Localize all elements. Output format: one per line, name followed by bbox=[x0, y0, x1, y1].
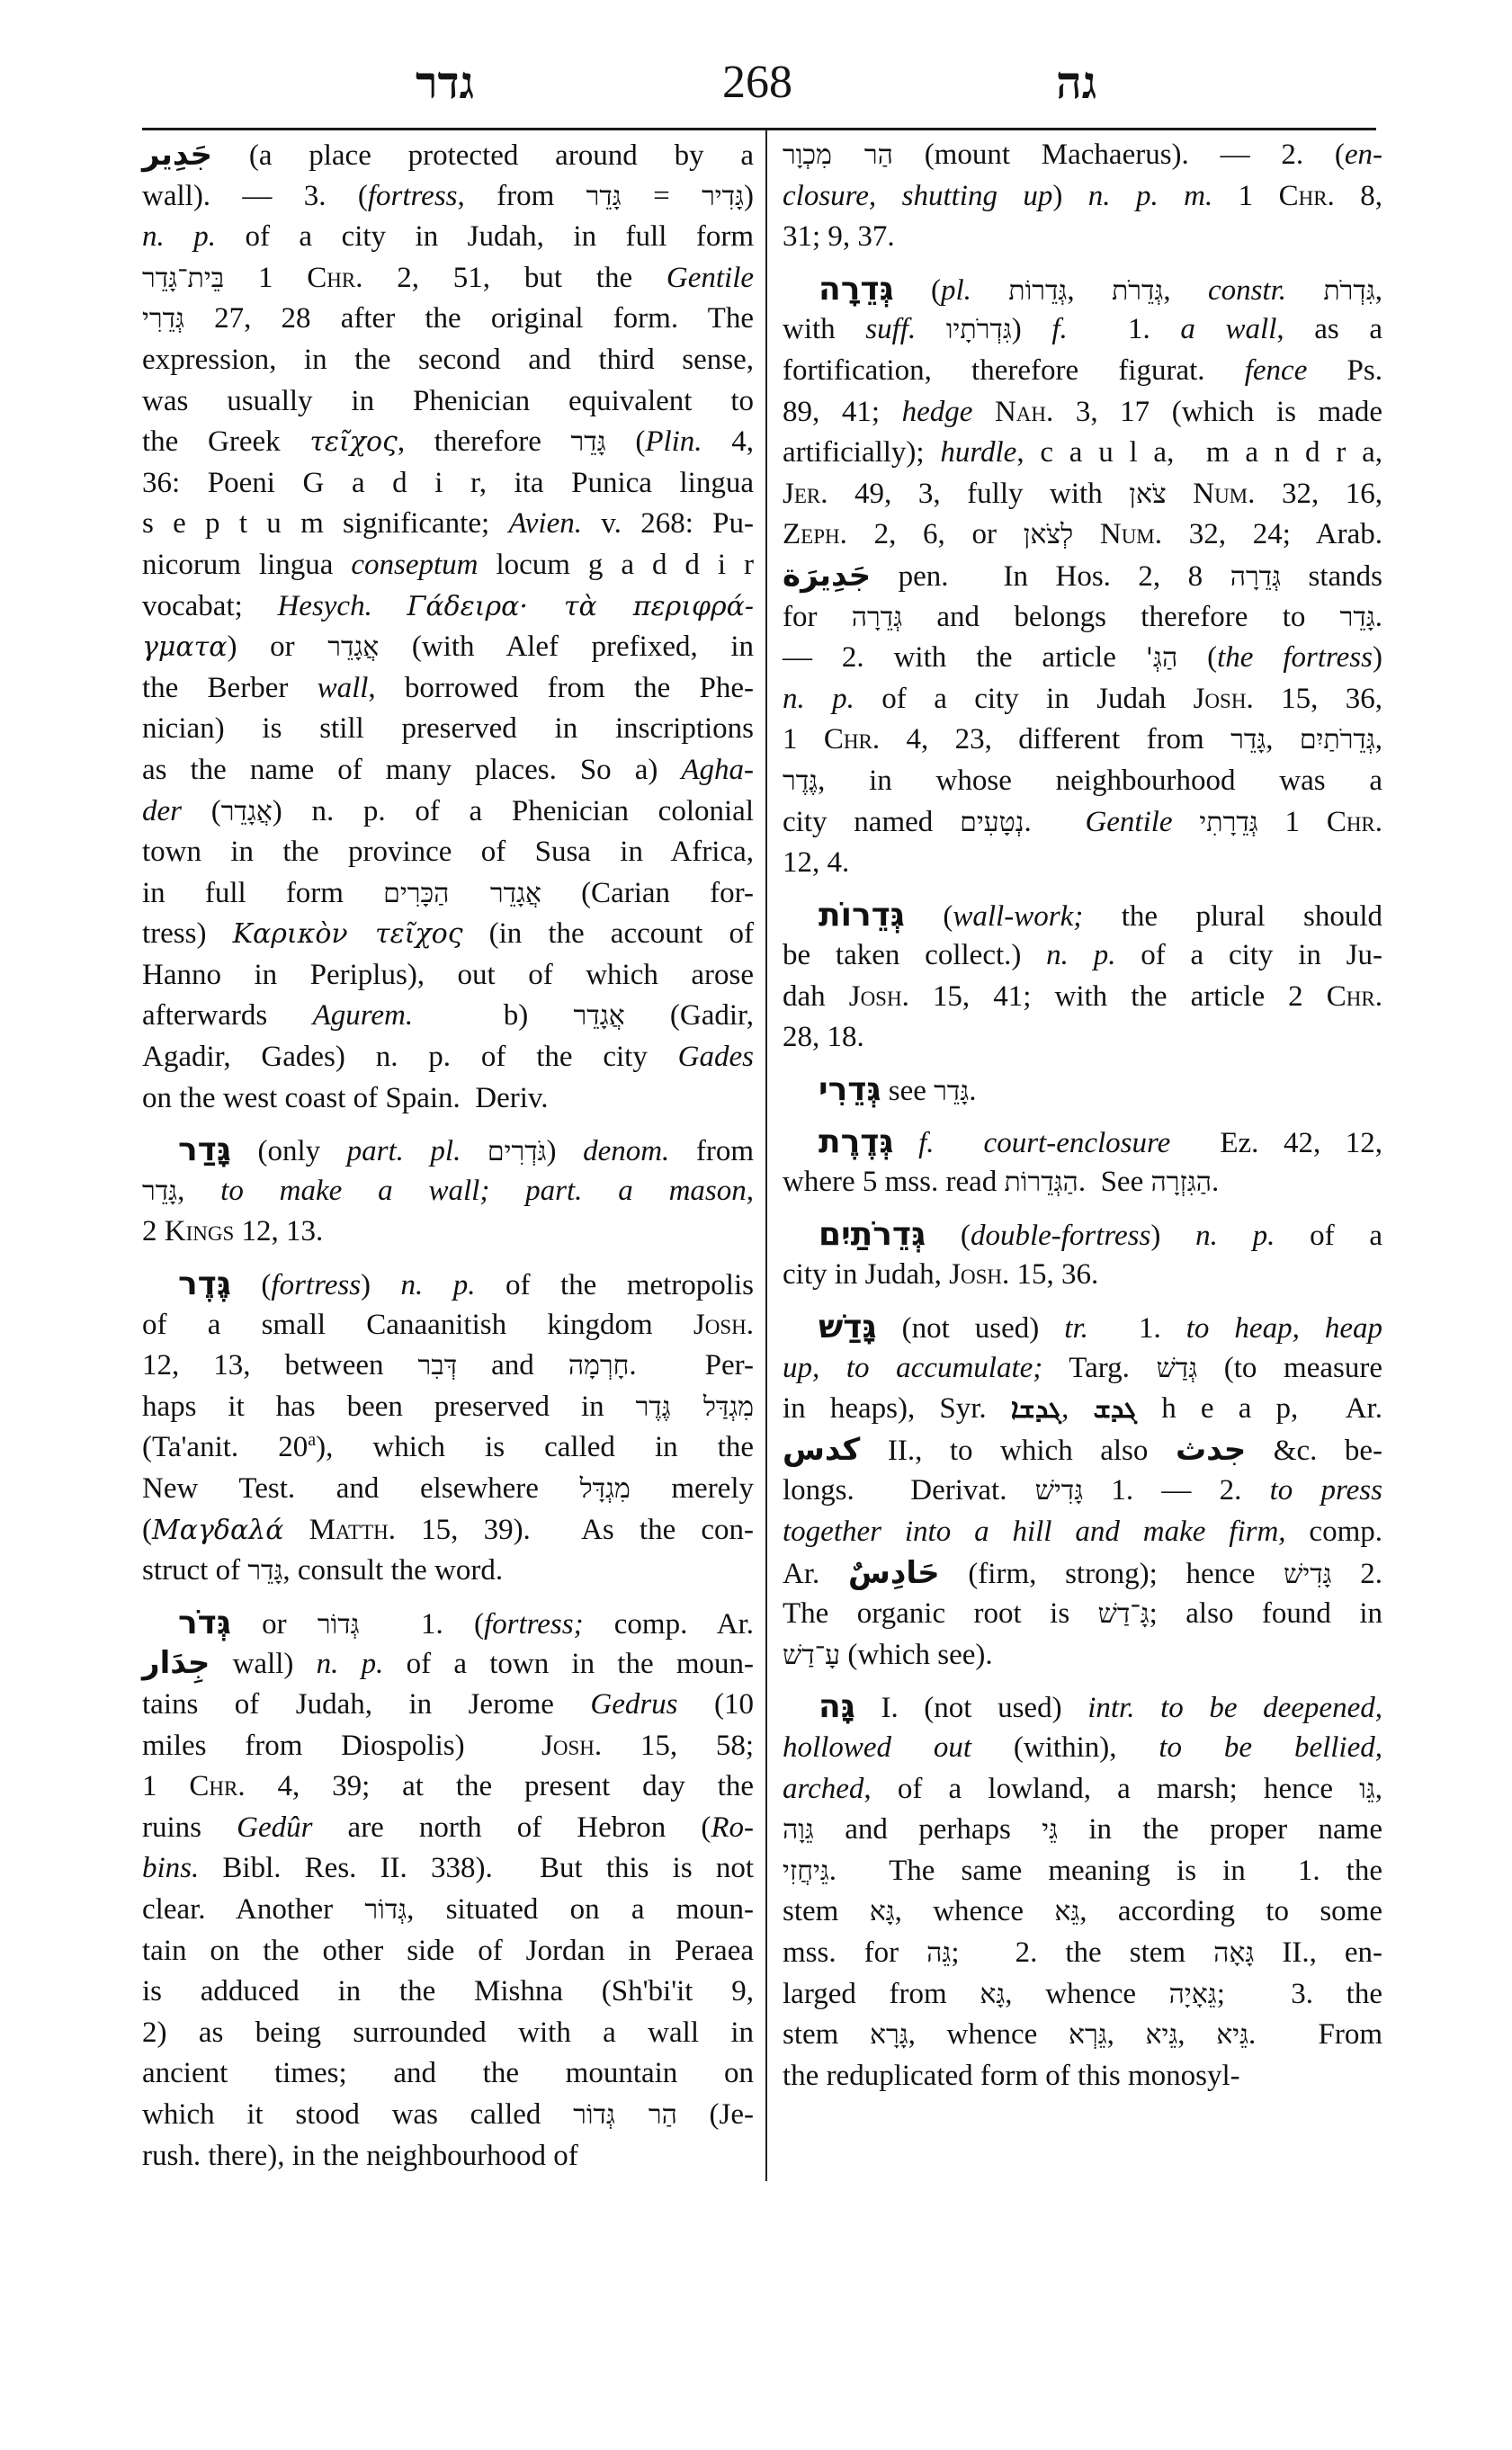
text-line: struct of גָּדֵר, consult the word. bbox=[142, 1551, 754, 1592]
italic-text: wall-work; bbox=[953, 900, 1083, 933]
text bbox=[1167, 478, 1194, 510]
text-line: n. p. of a city in Judah, in full form bbox=[142, 217, 754, 258]
hebrew-word: גָּא bbox=[870, 1896, 895, 1927]
italic-text: Hesych. bbox=[277, 590, 371, 622]
text: (Je- bbox=[677, 2098, 754, 2131]
text: in heaps), Syr. bbox=[783, 1392, 1011, 1425]
italic-text: n. p. bbox=[1046, 939, 1115, 971]
hebrew-word: גֵּוָה bbox=[783, 1814, 814, 1846]
text-line: 36: Poeni G a d i r, ita Punica lingua bbox=[142, 463, 754, 505]
text: locum g a d d i r bbox=[479, 549, 754, 581]
text-line: be taken collect.) n. p. of a city in Ju… bbox=[783, 935, 1382, 977]
text: 15, 36. bbox=[1009, 1258, 1098, 1291]
text: 1 bbox=[1258, 806, 1327, 838]
hebrew-headword: גָּדַר bbox=[178, 1131, 231, 1168]
italic-text: suff. bbox=[865, 313, 916, 345]
text: , situated on a moun- bbox=[407, 1893, 754, 1926]
text-line: expression, in the second and third sens… bbox=[142, 340, 754, 381]
text: struct of bbox=[142, 1554, 247, 1587]
text-line: stem גָּא, whence גֵּא, according to som… bbox=[783, 1891, 1382, 1933]
text: (Ta'anit. 20 bbox=[142, 1431, 308, 1463]
italic-text: n. p. m. bbox=[1088, 180, 1212, 212]
hebrew-word: אֲגָדֵר bbox=[574, 1000, 625, 1032]
italic-text: n. p. bbox=[401, 1269, 476, 1301]
text bbox=[1286, 274, 1323, 307]
text: 1 bbox=[142, 1770, 189, 1802]
hebrew-word: גָּא bbox=[980, 1979, 1005, 2010]
text-line: mss. for גֵּה; 2. the stem גָּאָה II., e… bbox=[783, 1933, 1382, 1974]
text: 2) as being surrounded with a wall in bbox=[142, 2016, 754, 2049]
dictionary-entry: גְּדֹר or גְּדוֹר 1. (fortress; comp. Ar… bbox=[142, 1603, 754, 2177]
text-line: the reduplicated form of this monosyl- bbox=[783, 2056, 1382, 2097]
italic-text: Gedrus bbox=[590, 1688, 677, 1721]
text: — 2. with the article bbox=[783, 641, 1146, 674]
text: stands bbox=[1281, 560, 1382, 593]
text: of a small Canaanitish kingdom bbox=[142, 1309, 693, 1341]
italic-text: Plin. bbox=[645, 425, 702, 458]
text-line: rush. there), in the neighbourhood of bbox=[142, 2136, 754, 2177]
text-line: ruins Gedûr are north of Hebron (Ro- bbox=[142, 1808, 754, 1849]
text-line: the Greek τεῖχος, therefore גָּדֵר (Plin… bbox=[142, 422, 754, 463]
hebrew-word: גָּדֵר bbox=[1230, 724, 1266, 756]
italic-text: part. pl. bbox=[347, 1135, 461, 1167]
text: ), which is called in the bbox=[316, 1431, 754, 1463]
hebrew-word: גֵּי bbox=[1042, 1814, 1058, 1846]
text: for bbox=[783, 601, 852, 633]
text: ) n. p. of a Phenician colonial bbox=[273, 795, 754, 827]
hebrew-word: מִגְדָּל bbox=[580, 1473, 631, 1505]
text bbox=[916, 313, 946, 345]
text: II., en- bbox=[1254, 1936, 1382, 1969]
arabic-word: حَادِسٌ bbox=[848, 1555, 940, 1591]
text-line: גְּדֹר or גְּדוֹר 1. (fortress; comp. Ar… bbox=[142, 1603, 754, 1644]
text-line: in heaps), Syr. ܓܕܫܐ, ܓܕܫ h e a p, Ar. bbox=[783, 1389, 1382, 1430]
text-line: Agadir, Gades) n. p. of the city Gades bbox=[142, 1037, 754, 1078]
italic-text: conseptum bbox=[351, 549, 478, 581]
italic-text: der bbox=[142, 795, 182, 827]
italic-text: double-fortress bbox=[971, 1220, 1150, 1252]
dictionary-entry: גְּדֵרֹתַיִם (double-fortress) n. p. of … bbox=[783, 1214, 1382, 1296]
small-caps-reference: Josh. bbox=[541, 1730, 602, 1762]
text: tains of Judah, in Jerome bbox=[142, 1688, 590, 1721]
text: the Berber bbox=[142, 672, 318, 704]
text-line: is adduced in the Mishna (Sh'bi'it 9, bbox=[142, 1972, 754, 2013]
hebrew-word: נְטָעִים bbox=[960, 807, 1024, 838]
hebrew-word: גְּדֵרִי bbox=[142, 303, 184, 335]
text: dah bbox=[783, 980, 849, 1013]
italic-text: Agurem. bbox=[313, 999, 414, 1032]
text: , bbox=[1163, 274, 1208, 307]
hebrew-word: גִּדְרֹתָיו bbox=[946, 314, 1012, 345]
text: . bbox=[1375, 601, 1382, 633]
italic-text: Gades bbox=[678, 1041, 754, 1073]
text-line: גָּדַשׁ (not used) tr. 1. to heap, heap bbox=[783, 1307, 1382, 1348]
text: expression, in the second and third sens… bbox=[142, 344, 754, 376]
text: 36: Poeni G a d i r, ita Punica lingua bbox=[142, 467, 754, 499]
italic-text: to press bbox=[1270, 1474, 1382, 1507]
text: 15, 58; bbox=[602, 1730, 754, 1762]
small-caps-reference: Jer. bbox=[783, 478, 828, 510]
italic-text: n. p. bbox=[317, 1648, 384, 1680]
small-caps-reference: Josh. bbox=[1194, 683, 1254, 715]
italic-text: f. court-enclosure bbox=[918, 1127, 1170, 1159]
text: (which see). bbox=[840, 1639, 993, 1671]
text-line: גֵּיחֲזִי. The same meaning is in 1. the bbox=[783, 1851, 1382, 1892]
hebrew-word: גָּאָה bbox=[1213, 1937, 1254, 1969]
hebrew-word: גָּדֵר bbox=[934, 1076, 969, 1107]
hebrew-word: גִּדְרֹת bbox=[1323, 275, 1374, 307]
text-line: جَدِير (a place protected around by a bbox=[142, 135, 754, 176]
text-line: γματα) or אֲגָדֵר (with Alef prefixed, i… bbox=[142, 627, 754, 668]
italic-text: n. p. bbox=[783, 683, 854, 715]
italic-text: fence bbox=[1245, 354, 1308, 387]
text: 2, 6, or bbox=[847, 518, 1024, 550]
hebrew-word: גֵּו bbox=[1359, 1774, 1375, 1805]
text-line: of a small Canaanitish kingdom Josh. bbox=[142, 1305, 754, 1346]
dictionary-entry: جَدِير (a place protected around by awal… bbox=[142, 135, 754, 1119]
text: 12, 4. bbox=[783, 846, 849, 879]
hebrew-word: גֵּא bbox=[1054, 1896, 1079, 1927]
text: 1. ( bbox=[360, 1608, 484, 1641]
arabic-word: جَدِير bbox=[142, 137, 212, 173]
hebrew-word: אֲגָדֵר bbox=[327, 631, 379, 663]
italic-text: intr. to be deepened, bbox=[1087, 1692, 1382, 1724]
text-line: 2 Kings 12, 13. bbox=[142, 1212, 754, 1253]
greek-word: Μαγδαλά bbox=[152, 1515, 284, 1546]
text: in the proper name bbox=[1058, 1813, 1382, 1846]
small-caps-reference: Chr. bbox=[1327, 806, 1382, 838]
text-line: 89, 41; hedge Nah. 3, 17 (which is made bbox=[783, 392, 1382, 434]
dictionary-entry: הַר מִכְוָר (mount Machaerus). — 2. (en-… bbox=[783, 135, 1382, 258]
hebrew-word: גְּדוֹר bbox=[364, 1894, 407, 1926]
text: (mount Machaerus). — 2. ( bbox=[893, 139, 1345, 171]
italic-text: tr. bbox=[1064, 1312, 1088, 1345]
text: 1 bbox=[783, 723, 824, 756]
text: (only bbox=[231, 1135, 347, 1167]
hebrew-word: גָּדֵר bbox=[571, 426, 606, 458]
text: , bbox=[1375, 723, 1382, 756]
text: (Gadir, bbox=[625, 999, 754, 1032]
hebrew-word: אֲגָדֵר bbox=[221, 796, 273, 827]
text: ( bbox=[606, 425, 646, 458]
text: 4, 23, different from bbox=[880, 723, 1230, 756]
small-caps-reference: Chr. bbox=[824, 723, 880, 756]
text: I. (not used) bbox=[855, 1692, 1087, 1724]
text-line: 12, 4. bbox=[783, 843, 1382, 884]
italic-text: fortress bbox=[368, 180, 458, 212]
text-line: tress) Καρικὸν τεῖχος (in the account of bbox=[142, 914, 754, 955]
text-line: 1 Chr. 4, 39; at the present day the bbox=[142, 1766, 754, 1808]
text-line: עָ־דַשׁ (which see). bbox=[783, 1635, 1382, 1677]
text: 89, 41; bbox=[783, 396, 902, 428]
text: 4, bbox=[702, 425, 754, 458]
dictionary-entry: גְּדֶרֶת f. court-enclosure Ez. 42, 12,w… bbox=[783, 1122, 1382, 1203]
text: the Greek bbox=[142, 425, 309, 458]
text bbox=[971, 274, 1008, 307]
text: Hanno in Periplus), out of which arose bbox=[142, 959, 754, 991]
italic-text: closure, shutting up bbox=[783, 180, 1052, 212]
italic-text: arched bbox=[783, 1773, 863, 1805]
text-line: closure, shutting up) n. p. m. 1 Chr. 8, bbox=[783, 176, 1382, 218]
text: 1. bbox=[1088, 1312, 1186, 1345]
italic-text: to heap, heap bbox=[1186, 1312, 1382, 1345]
text: (in the account of bbox=[463, 917, 754, 950]
text: (firm, strong); hence bbox=[940, 1558, 1284, 1590]
text: is adduced in the Mishna (Sh'bi'it 9, bbox=[142, 1975, 754, 2007]
text: stem bbox=[783, 2018, 870, 2051]
hebrew-headword: גֶּדֶר bbox=[178, 1265, 231, 1302]
italic-text: the fortress bbox=[1217, 641, 1373, 674]
text: longs. Derivat. bbox=[783, 1474, 1035, 1507]
syriac-word: ܓܕܫ bbox=[1093, 1393, 1137, 1425]
text-line: גְּדֶרֶת f. court-enclosure Ez. 42, 12, bbox=[783, 1122, 1382, 1163]
text: city named bbox=[783, 806, 960, 838]
text-line: גְּדֵרֹתַיִם (double-fortress) n. p. of … bbox=[783, 1214, 1382, 1256]
italic-text: n. p. bbox=[142, 220, 216, 253]
text-line: s e p t u m significante; Avien. v. 268:… bbox=[142, 504, 754, 545]
text-line: גָּדֵר, to make a wall; part. a mason, bbox=[142, 1171, 754, 1212]
text-line: on the west coast of Spain. Deriv. bbox=[142, 1078, 754, 1120]
hebrew-word: גָּדֵר bbox=[247, 1555, 282, 1587]
text: . See bbox=[1078, 1166, 1151, 1198]
text-line: גְּדֵרִי see גָּדֵר. bbox=[783, 1069, 1382, 1111]
dictionary-entry: גְּדֵרָה (pl. גְּדֵרוֹת, גְּדֵרֹת, const… bbox=[783, 269, 1382, 884]
small-caps-reference: Zeph. bbox=[783, 518, 847, 550]
hebrew-headword: גְּדֵרִי bbox=[819, 1071, 881, 1108]
text: , bbox=[177, 1175, 220, 1207]
italic-text: f. bbox=[1051, 313, 1067, 345]
text-line: הַר מִכְוָר (mount Machaerus). — 2. (en- bbox=[783, 135, 1382, 176]
text-line: where 5 mss. read הַגְּדֵרוֹת. See הַגִּ… bbox=[783, 1162, 1382, 1203]
text: the plural should bbox=[1083, 900, 1382, 933]
text-line: — 2. with the article הַגְּ' (the fortre… bbox=[783, 638, 1382, 679]
text: , of a lowland, a marsh; hence bbox=[863, 1773, 1359, 1805]
dictionary-entry: גֶּדֶר (fortress) n. p. of the metropoli… bbox=[142, 1264, 754, 1592]
text-line: كدس II., to which also جدث &c. be- bbox=[783, 1430, 1382, 1471]
text: , bbox=[1375, 1773, 1382, 1805]
text: (Carian for- bbox=[541, 877, 754, 909]
hebrew-headword: גְּדֵרָה bbox=[819, 271, 894, 308]
text: Bibl. Res. II. 338). But this is not bbox=[199, 1852, 754, 1884]
text: New Test. and elsewhere bbox=[142, 1472, 580, 1505]
text-line: city in Judah, Josh. 15, 36. bbox=[783, 1255, 1382, 1296]
small-caps-reference: Matth. bbox=[309, 1514, 396, 1546]
italic-text: wall bbox=[318, 672, 369, 704]
text: and perhaps bbox=[814, 1813, 1042, 1846]
hebrew-word: גָּדֵר bbox=[586, 181, 622, 212]
text: ) bbox=[1012, 313, 1052, 345]
text-line: 28, 18. bbox=[783, 1017, 1382, 1059]
arabic-word: كدس bbox=[783, 1432, 860, 1468]
text: 8, bbox=[1335, 180, 1382, 212]
hebrew-word: הַר מִכְוָר bbox=[783, 139, 893, 171]
hebrew-word: גֵּיחֲזִי bbox=[783, 1855, 829, 1887]
text: from bbox=[669, 1135, 754, 1167]
hebrew-word: גְּדֵרָה bbox=[852, 602, 902, 633]
text-line: جِدَار wall) n. p. of a town in the moun… bbox=[142, 1643, 754, 1685]
text: with bbox=[783, 313, 865, 345]
hebrew-word: גְּדֵרָתִי bbox=[1199, 807, 1257, 838]
hebrew-headword: גָּה bbox=[819, 1688, 855, 1725]
text: of the metropolis bbox=[476, 1269, 754, 1301]
hebrew-word: גְּדֵרוֹת bbox=[1008, 275, 1067, 307]
text: , consult the word. bbox=[282, 1554, 503, 1587]
text: , whence bbox=[1005, 1978, 1168, 2010]
hebrew-headword: גְּדֵרוֹת bbox=[819, 897, 905, 934]
italic-text: up, to accumulate; bbox=[783, 1352, 1042, 1384]
text bbox=[1173, 806, 1200, 838]
text: b) bbox=[413, 999, 573, 1032]
text: Ez. 42, 12, bbox=[1170, 1127, 1382, 1159]
text: of a city in Judah, in full form bbox=[216, 220, 754, 253]
text-line: tains of Judah, in Jerome Gedrus (10 bbox=[142, 1685, 754, 1726]
text: 12, 13, between bbox=[142, 1349, 418, 1381]
italic-text: to make a wall; part. a mason, bbox=[220, 1175, 754, 1207]
text: as the name of many places. So a) bbox=[142, 754, 681, 786]
text: , borrowed from the Phe- bbox=[368, 672, 754, 704]
text: 3, 17 (which is made bbox=[1053, 396, 1382, 428]
text-line: town in the province of Susa in Africa, bbox=[142, 832, 754, 873]
text: nician) is still preserved in inscriptio… bbox=[142, 712, 754, 745]
hebrew-word: גְּדֵרֹת bbox=[1112, 275, 1163, 307]
text-line: wall). — 3. (fortress, from גָּדֵר = גָּ… bbox=[142, 176, 754, 218]
text-line: Ar. حَادِسٌ (firm, strong); hence גָּדִי… bbox=[783, 1553, 1382, 1595]
text: which it stood was called bbox=[142, 2098, 573, 2131]
text: tress) bbox=[142, 917, 233, 950]
running-head-left: גדר bbox=[416, 56, 474, 110]
italic-text: Gentile bbox=[1085, 806, 1172, 838]
text bbox=[894, 1127, 919, 1159]
text: rush. there), in the neighbourhood of bbox=[142, 2140, 578, 2172]
text: or bbox=[231, 1608, 318, 1641]
hebrew-word: גֵּיא bbox=[1216, 2019, 1248, 2051]
text: , from bbox=[458, 180, 586, 212]
text-line: 1 Chr. 4, 23, different from גָּדֵר, גְּ… bbox=[783, 720, 1382, 761]
text: , bbox=[1266, 723, 1300, 756]
text-line: the Berber wall, borrowed from the Phe- bbox=[142, 668, 754, 710]
hebrew-word: בֵּית־גָּדֵר bbox=[142, 263, 224, 294]
text: 2, 51, but the bbox=[362, 262, 666, 294]
hebrew-headword: גְּדֵרֹתַיִם bbox=[819, 1216, 926, 1253]
dictionary-entry: גְּדֵרוֹת (wall-work; the plural shouldb… bbox=[783, 895, 1382, 1059]
small-caps-reference: Chr. bbox=[1327, 980, 1382, 1013]
hebrew-word: גְּדוֹר bbox=[318, 1609, 360, 1641]
text: 15, 39). As the con- bbox=[396, 1514, 754, 1546]
text: . bbox=[1212, 1166, 1219, 1198]
text: , therefore bbox=[398, 425, 571, 458]
text: ruins bbox=[142, 1811, 237, 1844]
text-line: גָּדַר (only part. pl. גֹּדְרִים) denom.… bbox=[142, 1130, 754, 1171]
text: (to measure bbox=[1197, 1352, 1382, 1384]
text: (not used) bbox=[877, 1312, 1065, 1345]
text: (with Alef prefixed, in bbox=[379, 630, 754, 663]
text: fortification, therefore figurat. bbox=[783, 354, 1245, 387]
text: nicorum lingua bbox=[142, 549, 351, 581]
italic-text: fortress bbox=[271, 1269, 361, 1301]
greek-word: τεῖχος bbox=[309, 426, 398, 458]
text-line: tain on the other side of Jordan in Pera… bbox=[142, 1931, 754, 1972]
text: Targ. bbox=[1042, 1352, 1156, 1384]
greek-word: Καρικὸν τεῖχος bbox=[233, 918, 463, 950]
hebrew-word: גֶּדֶר bbox=[783, 765, 818, 797]
italic-text: pl. bbox=[941, 274, 971, 307]
text: haps it has been preserved in bbox=[142, 1390, 636, 1423]
text bbox=[1073, 518, 1100, 550]
arabic-word: جِدَار bbox=[142, 1645, 210, 1681]
text: Ps. bbox=[1307, 354, 1382, 387]
text: The organic root is bbox=[783, 1597, 1098, 1630]
text: ancient times; and the mountain on bbox=[142, 2057, 754, 2089]
text: Ar. bbox=[783, 1558, 848, 1590]
text: v. 268: Pu- bbox=[582, 507, 754, 540]
text-line: Jer. 49, 3, fully with צֹאן Num. 32, 16, bbox=[783, 474, 1382, 515]
text: . bbox=[1024, 806, 1086, 838]
arabic-word: جَدِيرَة bbox=[783, 558, 871, 594]
text: . Per- bbox=[629, 1349, 754, 1381]
text: , c a u l a, m a n d r a, bbox=[1016, 436, 1382, 469]
hebrew-word: גְּדֵרָה bbox=[1230, 561, 1281, 593]
text: are north of Hebron ( bbox=[312, 1811, 711, 1844]
text-line: גָּה I. (not used) intr. to be deepened, bbox=[783, 1686, 1382, 1728]
text bbox=[461, 1135, 488, 1167]
text: ) bbox=[744, 180, 754, 212]
text: , bbox=[1177, 2018, 1216, 2051]
text: of a city in Ju- bbox=[1115, 939, 1382, 971]
text: wall) bbox=[210, 1648, 316, 1680]
text: , as a bbox=[1276, 313, 1382, 345]
text: on the west coast of Spain. Deriv. bbox=[142, 1082, 549, 1114]
text: in full form bbox=[142, 877, 383, 909]
text-line: Hanno in Periplus), out of which arose bbox=[142, 955, 754, 997]
hebrew-word: גָּ־דַשׁ bbox=[1098, 1598, 1150, 1630]
text-line: n. p. of a city in Judah Josh. 15, 36, bbox=[783, 679, 1382, 720]
text: 1 bbox=[224, 262, 307, 294]
small-caps-reference: Kings bbox=[165, 1215, 235, 1247]
text: pen. In Hos. 2, 8 bbox=[871, 560, 1230, 593]
text-line: גֵּוָה and perhaps גֵּי in the proper na… bbox=[783, 1810, 1382, 1851]
text: 32, 16, bbox=[1255, 478, 1382, 510]
text: see bbox=[881, 1075, 935, 1107]
text-line: city named נְטָעִים. Gentile גְּדֵרָתִי … bbox=[783, 802, 1382, 844]
italic-text: Ro- bbox=[711, 1811, 754, 1844]
text bbox=[972, 396, 995, 428]
text-line: dah Josh. 15, 41; with the article 2 Chr… bbox=[783, 977, 1382, 1018]
hebrew-word: מִגְדַּל גֶּדֶר bbox=[636, 1391, 754, 1423]
text: vocabat; bbox=[142, 590, 277, 622]
text: = bbox=[622, 180, 702, 212]
text: ( bbox=[926, 1220, 971, 1252]
hebrew-word: הַגִּזְרָה bbox=[1150, 1167, 1212, 1198]
hebrew-word: גָּדִישׁ bbox=[1035, 1475, 1083, 1507]
hebrew-word: גָּדִיר bbox=[702, 181, 744, 212]
text-line: 2) as being surrounded with a wall in bbox=[142, 2013, 754, 2054]
text: stem bbox=[783, 1895, 870, 1927]
hebrew-word: גָּדִישׁ bbox=[1284, 1559, 1331, 1590]
header-rule bbox=[142, 128, 1376, 130]
text-line: hollowed out (within), to be bellied, bbox=[783, 1728, 1382, 1769]
text-line: der (אֲגָדֵר) n. p. of a Phenician colon… bbox=[142, 791, 754, 833]
text: 49, 3, fully with bbox=[828, 478, 1129, 510]
italic-text: Gedûr bbox=[237, 1811, 312, 1844]
text: (within), bbox=[971, 1731, 1159, 1764]
text-line: 31; 9, 37. bbox=[783, 217, 1382, 258]
text: ) bbox=[1150, 1220, 1195, 1252]
text: clear. Another bbox=[142, 1893, 364, 1926]
text: the reduplicated form of this monosyl- bbox=[783, 2060, 1240, 2092]
text: 1 bbox=[1212, 180, 1278, 212]
text: wall). — 3. ( bbox=[142, 180, 368, 212]
text: ) bbox=[1052, 180, 1087, 212]
